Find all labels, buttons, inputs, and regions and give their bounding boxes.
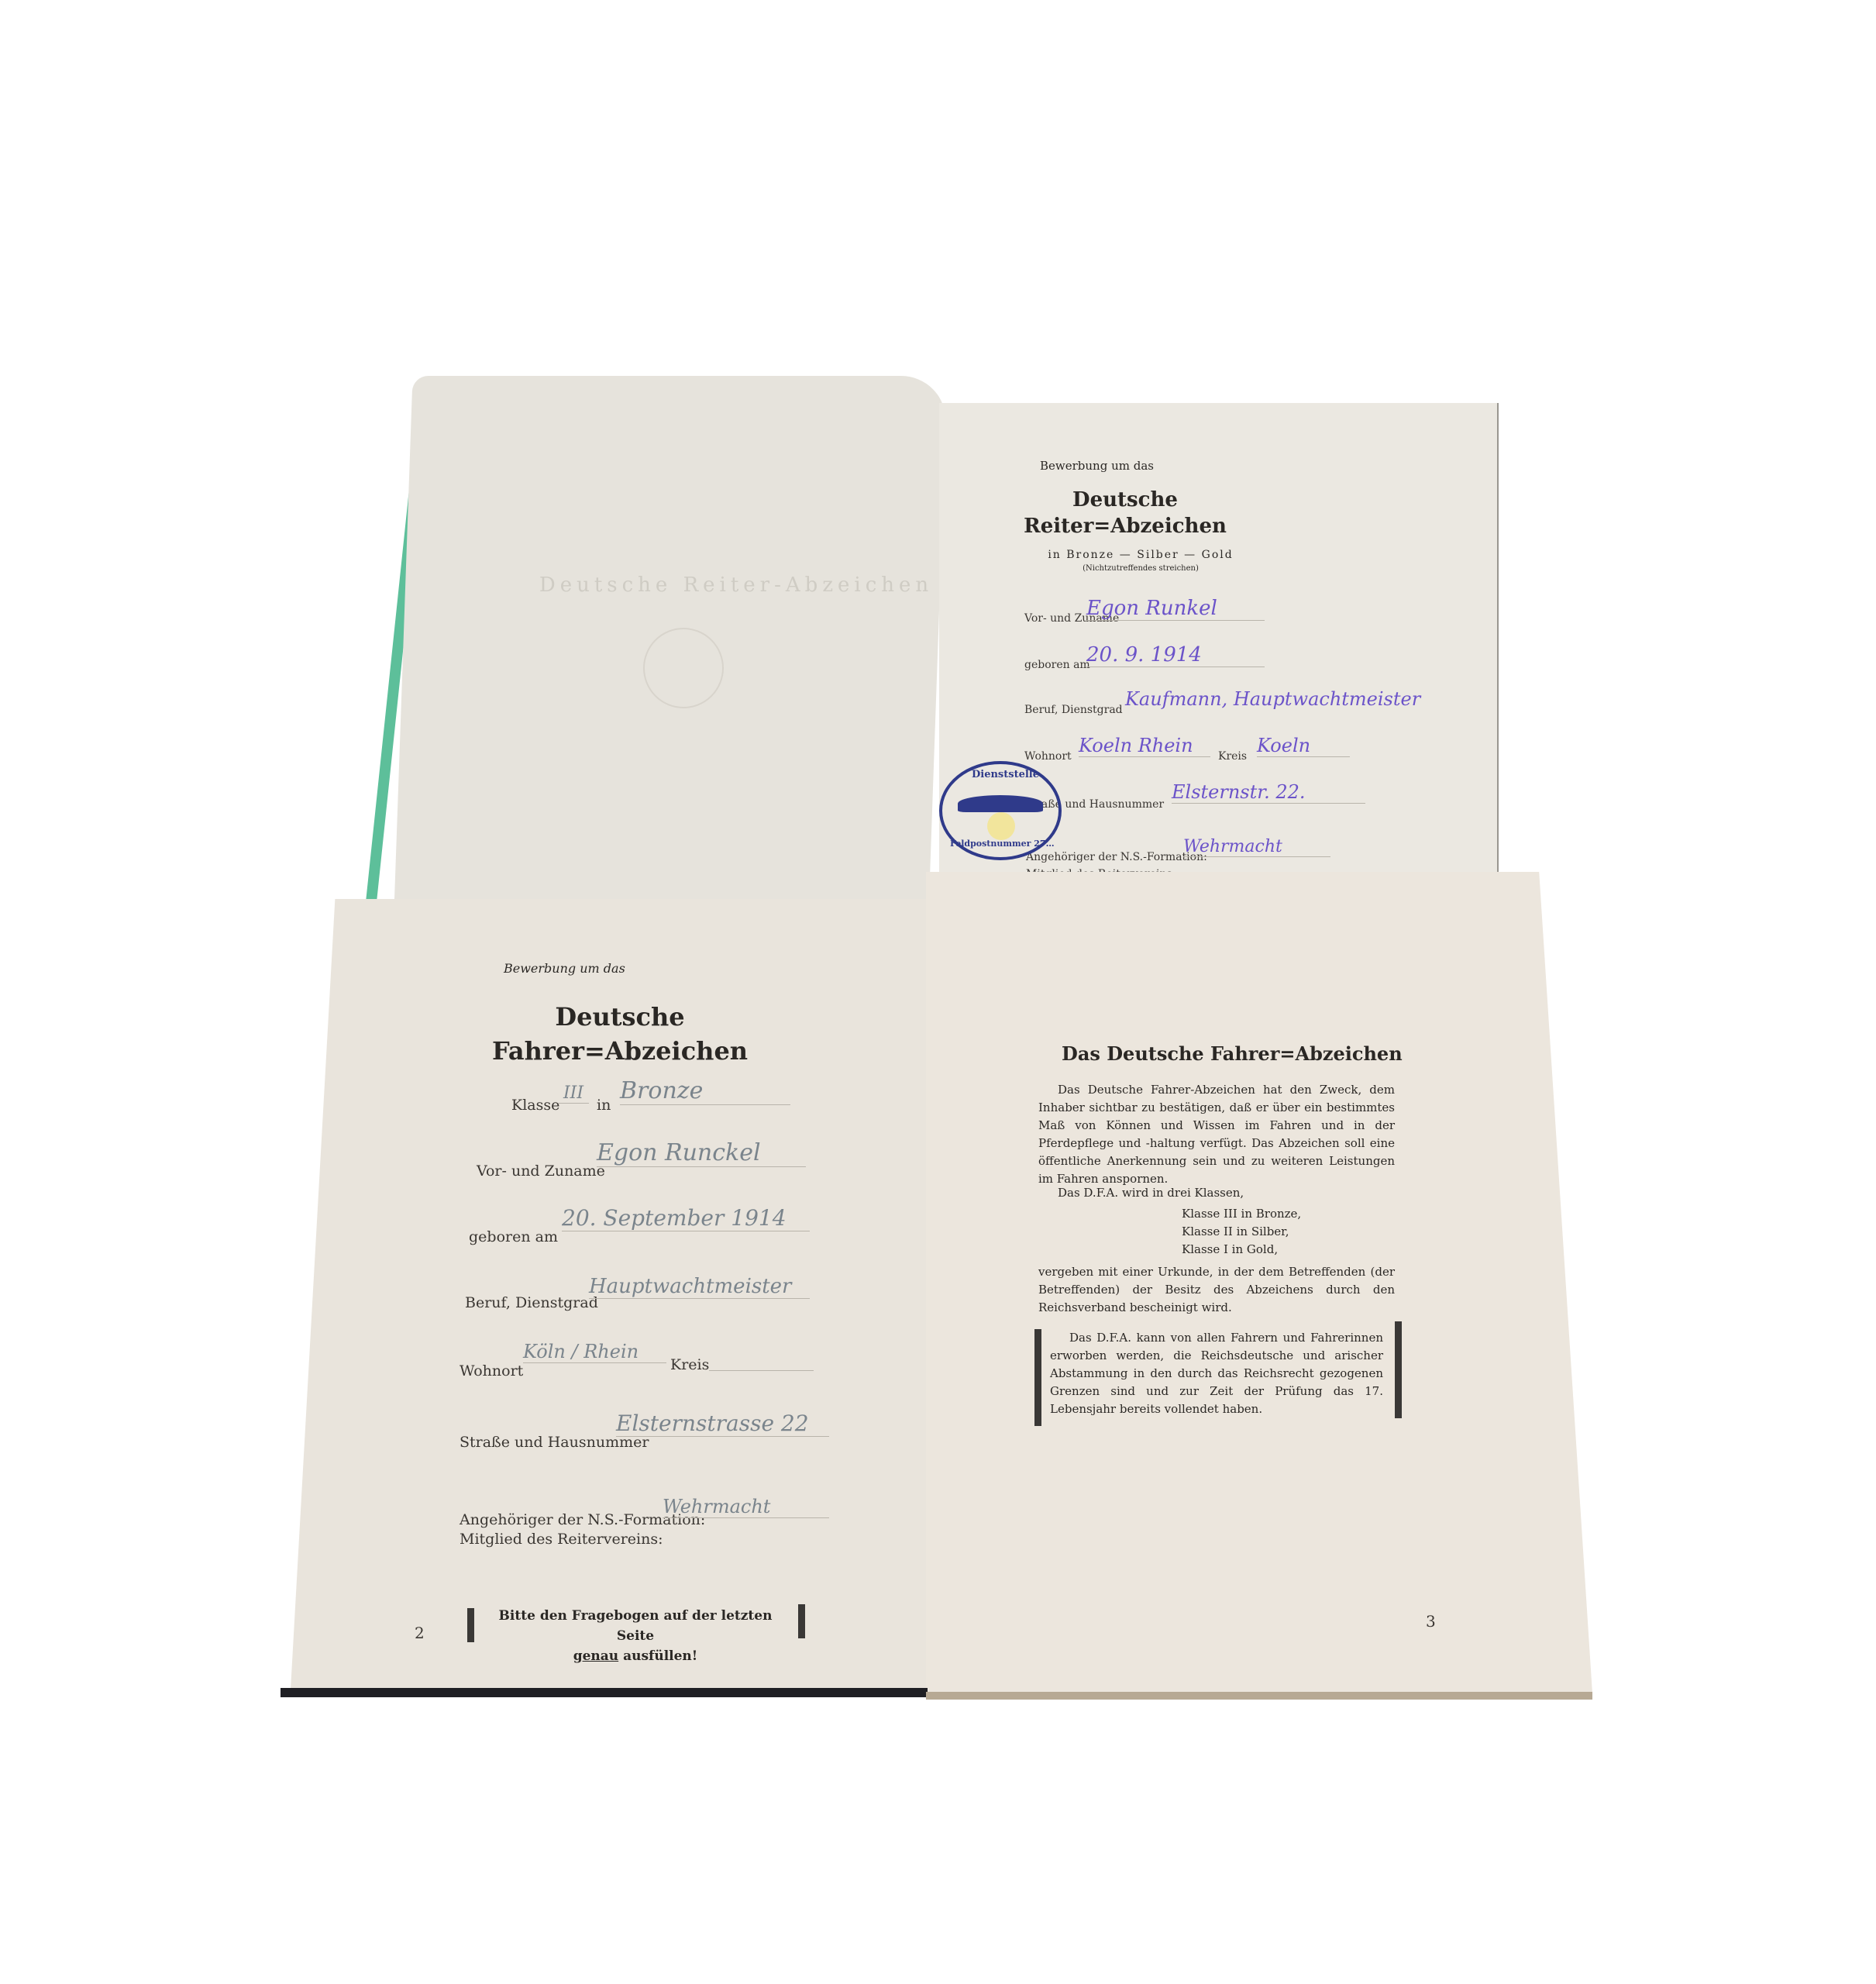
stamp-top-text: Dienststelle	[972, 769, 1039, 780]
fahrer-in-label: in	[597, 1097, 611, 1114]
fahrer-street-value: Elsternstrasse 22	[616, 1410, 829, 1437]
reiter-grade-line: in Bronze — Silber — Gold	[1040, 549, 1241, 561]
fahrer-formation-value: Wehrmacht	[663, 1496, 829, 1518]
reiter-birth-value: 20. 9. 1914	[1086, 643, 1265, 667]
reiter-job-value: Kaufmann, Hauptwachtmeister	[1125, 688, 1489, 710]
cover-bottom-edge-dark	[281, 1688, 928, 1697]
fahrer-title-line2: Fahrer=Abzeichen	[488, 1034, 752, 1068]
fahrer-classes-intro: Das D.F.A. wird in drei Klassen,	[1058, 1186, 1244, 1200]
stamp-bottom-text: Feldpostnummer 27…	[950, 839, 1055, 849]
reiter-kreis-value: Koeln	[1257, 735, 1350, 757]
notice-line1: Bitte den Fragebogen auf der letzten Sei…	[484, 1606, 787, 1646]
fahrer-residence-label: Wohnort	[460, 1362, 523, 1379]
fahrer-form-page: Bewerbung um das Deutsche Fahrer=Abzeich…	[291, 899, 926, 1689]
reiter-job-label: Beruf, Dienstgrad	[1024, 704, 1123, 716]
fahrer-notice: Bitte den Fragebogen auf der letzten Sei…	[484, 1606, 787, 1666]
reiter-title: Deutsche Reiter=Abzeichen	[986, 487, 1265, 539]
box-bar-left	[1034, 1329, 1041, 1426]
fahrer-klasse-label: Klasse	[511, 1097, 559, 1114]
reiter-kreis-label: Kreis	[1218, 750, 1247, 763]
reiter-left-ghost-text: Deutsche Reiter-Abzeichen	[535, 573, 938, 597]
fahrer-job-value: Hauptwachtmeister	[589, 1275, 810, 1299]
fahrer-birth-label: geboren am	[469, 1228, 558, 1245]
fahrer-classes-list: Klasse III in Bronze, Klasse II in Silbe…	[1182, 1205, 1301, 1259]
notice-rest: ausfüllen!	[623, 1648, 697, 1664]
fahrer-kreis-label: Kreis	[670, 1356, 709, 1373]
fahrer-info-paragraph2: vergeben mit einer Urkunde, in der dem B…	[1038, 1263, 1395, 1317]
fahrer-info-paragraph1: Das Deutsche Fahrer-Abzeichen hat den Zw…	[1038, 1081, 1395, 1188]
fahrer-name-value: Egon Runckel	[597, 1139, 806, 1167]
reiter-formation-value: Wehrmacht	[1183, 837, 1330, 857]
official-stamp: Dienststelle Feldpostnummer 27…	[939, 761, 1062, 860]
fahrer-kreis-value-line	[709, 1362, 814, 1371]
eagle-icon	[958, 795, 1043, 812]
fahrer-job-label: Beruf, Dienstgrad	[465, 1294, 598, 1311]
page-number-left: 2	[415, 1624, 425, 1642]
notice-emphasis: genau	[573, 1648, 618, 1664]
fahrer-residence-value: Köln / Rhein	[523, 1341, 666, 1363]
reiter-residence-value: Koeln Rhein	[1079, 735, 1210, 757]
fahrer-title-line1: Deutsche	[488, 1000, 752, 1034]
class-ii: Klasse II in Silber,	[1182, 1223, 1301, 1241]
fahrer-name-label: Vor- und Zuname	[477, 1162, 605, 1180]
fahrer-info-page: Das Deutsche Fahrer=Abzeichen Das Deutsc…	[926, 872, 1592, 1693]
fahrer-title: Deutsche Fahrer=Abzeichen	[488, 1000, 752, 1068]
fahrer-club-label: Mitglied des Reitervereins:	[460, 1531, 663, 1548]
reiter-title-line2: Reiter=Abzeichen	[986, 513, 1265, 539]
reiter-birth-label: geboren am	[1024, 659, 1090, 671]
box-bar-right	[1395, 1321, 1402, 1418]
reiter-name-value: Egon Runkel	[1086, 597, 1265, 621]
fahrer-birth-value: 20. September 1914	[562, 1205, 810, 1231]
reiter-intro: Bewerbung um das	[1040, 459, 1154, 473]
class-iii: Klasse III in Bronze,	[1182, 1205, 1301, 1223]
reiter-street-value: Elsternstr. 22.	[1172, 781, 1365, 804]
page-bottom-edge	[926, 1692, 1592, 1700]
fahrer-intro: Bewerbung um das	[504, 961, 625, 976]
fahrer-info-title: Das Deutsche Fahrer=Abzeichen	[1062, 1042, 1403, 1065]
notice-bar-right	[798, 1604, 805, 1638]
page-number-right: 3	[1426, 1612, 1436, 1631]
fahrer-in-value: Bronze	[620, 1077, 790, 1105]
class-i: Klasse I in Gold,	[1182, 1241, 1301, 1259]
faint-seal-icon	[643, 628, 724, 708]
stamp-center-disc	[987, 812, 1015, 840]
reiter-residence-label: Wohnort	[1024, 750, 1072, 763]
notice-line2: genau ausfüllen!	[484, 1646, 787, 1666]
notice-bar-left	[467, 1608, 474, 1642]
fahrer-info-boxed-paragraph: Das D.F.A. kann von allen Fahrern und Fa…	[1050, 1329, 1383, 1418]
reiter-formation-label: Angehöriger der N.S.-Formation:	[1026, 851, 1207, 863]
reiter-title-line1: Deutsche	[986, 487, 1265, 513]
fahrer-klasse-value: III	[558, 1083, 589, 1104]
reiter-grade-note: (Nichtzutreffendes streichen)	[1040, 564, 1241, 573]
